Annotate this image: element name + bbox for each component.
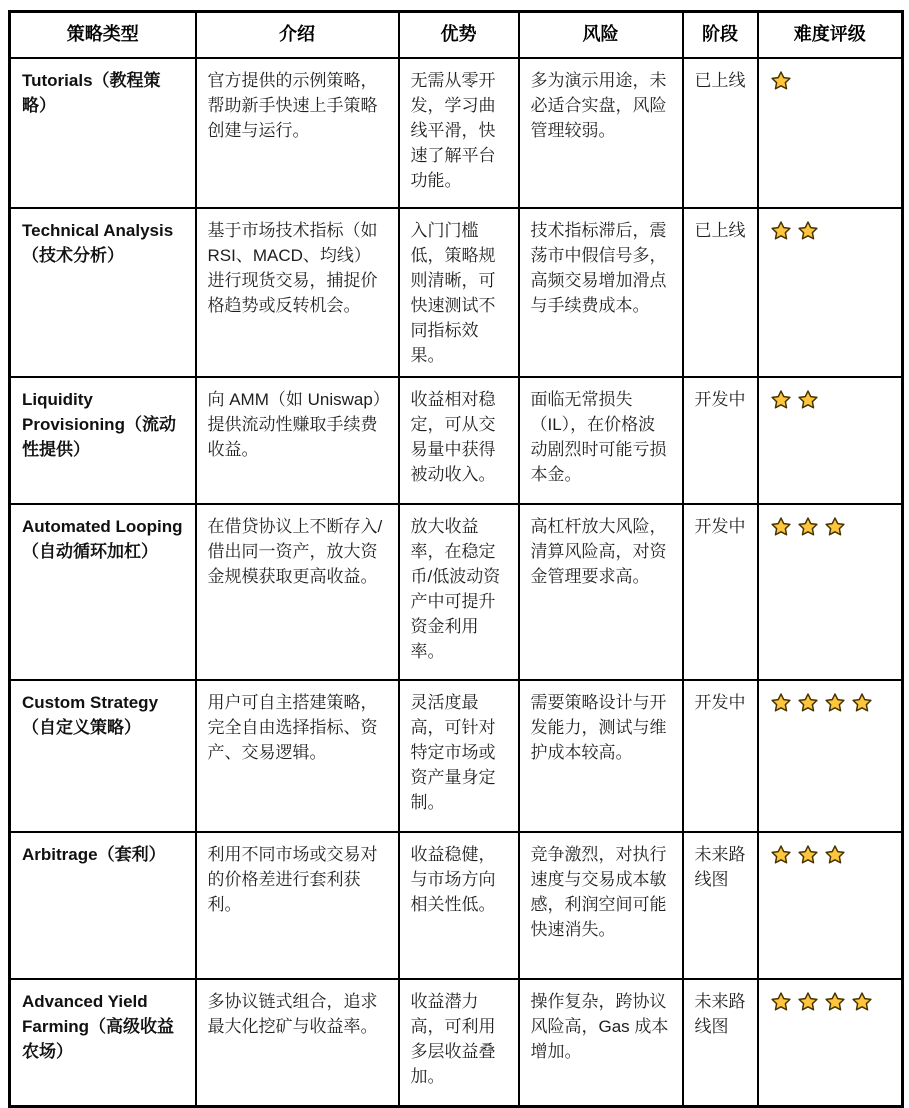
page: 策略类型 介绍 优势 风险 阶段 难度评级 Tutorials（教程策略） 官方… xyxy=(0,0,909,1094)
intro-cell: 在借贷协议上不断存入/借出同一资产，放大资金规模获取更高收益。 xyxy=(196,504,399,680)
strategy-type-cell: Custom Strategy（自定义策略） xyxy=(10,680,196,832)
advantage-cell: 放大收益率，在稳定币/低波动资产中可提升资金利用率。 xyxy=(399,504,519,680)
stage-cell: 已上线 xyxy=(683,58,758,208)
advantage-cell: 入门门槛低，策略规则清晰，可快速测试不同指标效果。 xyxy=(399,208,519,377)
stage-cell: 已上线 xyxy=(683,208,758,377)
strategy-type-cell: Arbitrage（套利） xyxy=(10,832,196,979)
strategy-type-cell: Liquidity Provisioning（流动性提供） xyxy=(10,377,196,504)
star-icon xyxy=(770,220,792,242)
intro-cell: 用户可自主搭建策略，完全自由选择指标、资产、交易逻辑。 xyxy=(196,680,399,832)
advantage-cell: 灵活度最高，可针对特定市场或资产量身定制。 xyxy=(399,680,519,832)
star-icon xyxy=(824,516,846,538)
risk-cell: 竞争激烈，对执行速度与交易成本敏感，利润空间可能快速消失。 xyxy=(519,832,683,979)
table-header-row: 策略类型 介绍 优势 风险 阶段 难度评级 xyxy=(10,12,903,58)
header-risk: 风险 xyxy=(519,12,683,58)
table-row: Technical Analysis（技术分析） 基于市场技术指标（如 RSI、… xyxy=(10,208,903,377)
star-icon xyxy=(797,692,819,714)
star-rating xyxy=(770,68,792,92)
table-row: Automated Looping（自动循环加杠） 在借贷协议上不断存入/借出同… xyxy=(10,504,903,680)
intro-cell: 基于市场技术指标（如 RSI、MACD、均线）进行现货交易，捕捉价格趋势或反转机… xyxy=(196,208,399,377)
star-rating xyxy=(770,218,819,242)
intro-cell: 利用不同市场或交易对的价格差进行套利获利。 xyxy=(196,832,399,979)
star-rating xyxy=(770,514,846,538)
header-advantage: 优势 xyxy=(399,12,519,58)
difficulty-cell xyxy=(758,680,903,832)
star-icon xyxy=(797,516,819,538)
intro-cell: 官方提供的示例策略，帮助新手快速上手策略创建与运行。 xyxy=(196,58,399,208)
table-row: Custom Strategy（自定义策略） 用户可自主搭建策略，完全自由选择指… xyxy=(10,680,903,832)
star-icon xyxy=(824,991,846,1013)
stage-cell: 开发中 xyxy=(683,377,758,504)
star-icon xyxy=(797,991,819,1013)
difficulty-cell xyxy=(758,979,903,1107)
star-rating xyxy=(770,387,819,411)
header-difficulty: 难度评级 xyxy=(758,12,903,58)
star-rating xyxy=(770,989,873,1013)
intro-cell: 多协议链式组合，追求最大化挖矿与收益率。 xyxy=(196,979,399,1107)
star-icon xyxy=(797,220,819,242)
risk-cell: 操作复杂，跨协议风险高，Gas 成本增加。 xyxy=(519,979,683,1107)
stage-cell: 开发中 xyxy=(683,504,758,680)
difficulty-cell xyxy=(758,208,903,377)
star-icon xyxy=(770,692,792,714)
advantage-cell: 收益潜力高，可利用多层收益叠加。 xyxy=(399,979,519,1107)
star-rating xyxy=(770,842,846,866)
table-row: Arbitrage（套利） 利用不同市场或交易对的价格差进行套利获利。 收益稳健… xyxy=(10,832,903,979)
table-row: Tutorials（教程策略） 官方提供的示例策略，帮助新手快速上手策略创建与运… xyxy=(10,58,903,208)
star-icon xyxy=(770,389,792,411)
star-icon xyxy=(824,692,846,714)
header-strategy-type: 策略类型 xyxy=(10,12,196,58)
stage-cell: 开发中 xyxy=(683,680,758,832)
strategy-type-cell: Advanced Yield Farming（高级收益农场） xyxy=(10,979,196,1107)
star-icon xyxy=(851,991,873,1013)
star-icon xyxy=(770,844,792,866)
stage-cell: 未来路线图 xyxy=(683,979,758,1107)
risk-cell: 面临无常损失（IL），在价格波动剧烈时可能亏损本金。 xyxy=(519,377,683,504)
difficulty-cell xyxy=(758,377,903,504)
star-icon xyxy=(770,516,792,538)
strategy-comparison-table: 策略类型 介绍 优势 风险 阶段 难度评级 Tutorials（教程策略） 官方… xyxy=(8,10,904,1108)
star-icon xyxy=(851,692,873,714)
difficulty-cell xyxy=(758,504,903,680)
header-stage: 阶段 xyxy=(683,12,758,58)
risk-cell: 多为演示用途，未必适合实盘，风险管理较弱。 xyxy=(519,58,683,208)
stage-cell: 未来路线图 xyxy=(683,832,758,979)
advantage-cell: 收益稳健，与市场方向相关性低。 xyxy=(399,832,519,979)
strategy-type-cell: Technical Analysis（技术分析） xyxy=(10,208,196,377)
strategy-type-cell: Tutorials（教程策略） xyxy=(10,58,196,208)
strategy-type-cell: Automated Looping（自动循环加杠） xyxy=(10,504,196,680)
star-icon xyxy=(797,844,819,866)
star-icon xyxy=(770,991,792,1013)
star-icon xyxy=(824,844,846,866)
star-icon xyxy=(770,70,792,92)
star-rating xyxy=(770,690,873,714)
risk-cell: 高杠杆放大风险，清算风险高，对资金管理要求高。 xyxy=(519,504,683,680)
intro-cell: 向 AMM（如 Uniswap）提供流动性赚取手续费收益。 xyxy=(196,377,399,504)
header-intro: 介绍 xyxy=(196,12,399,58)
table-row: Liquidity Provisioning（流动性提供） 向 AMM（如 Un… xyxy=(10,377,903,504)
risk-cell: 需要策略设计与开发能力，测试与维护成本较高。 xyxy=(519,680,683,832)
difficulty-cell xyxy=(758,832,903,979)
risk-cell: 技术指标滞后，震荡市中假信号多，高频交易增加滑点与手续费成本。 xyxy=(519,208,683,377)
star-icon xyxy=(797,389,819,411)
advantage-cell: 收益相对稳定，可从交易量中获得被动收入。 xyxy=(399,377,519,504)
difficulty-cell xyxy=(758,58,903,208)
table-row: Advanced Yield Farming（高级收益农场） 多协议链式组合，追… xyxy=(10,979,903,1107)
advantage-cell: 无需从零开发，学习曲线平滑，快速了解平台功能。 xyxy=(399,58,519,208)
